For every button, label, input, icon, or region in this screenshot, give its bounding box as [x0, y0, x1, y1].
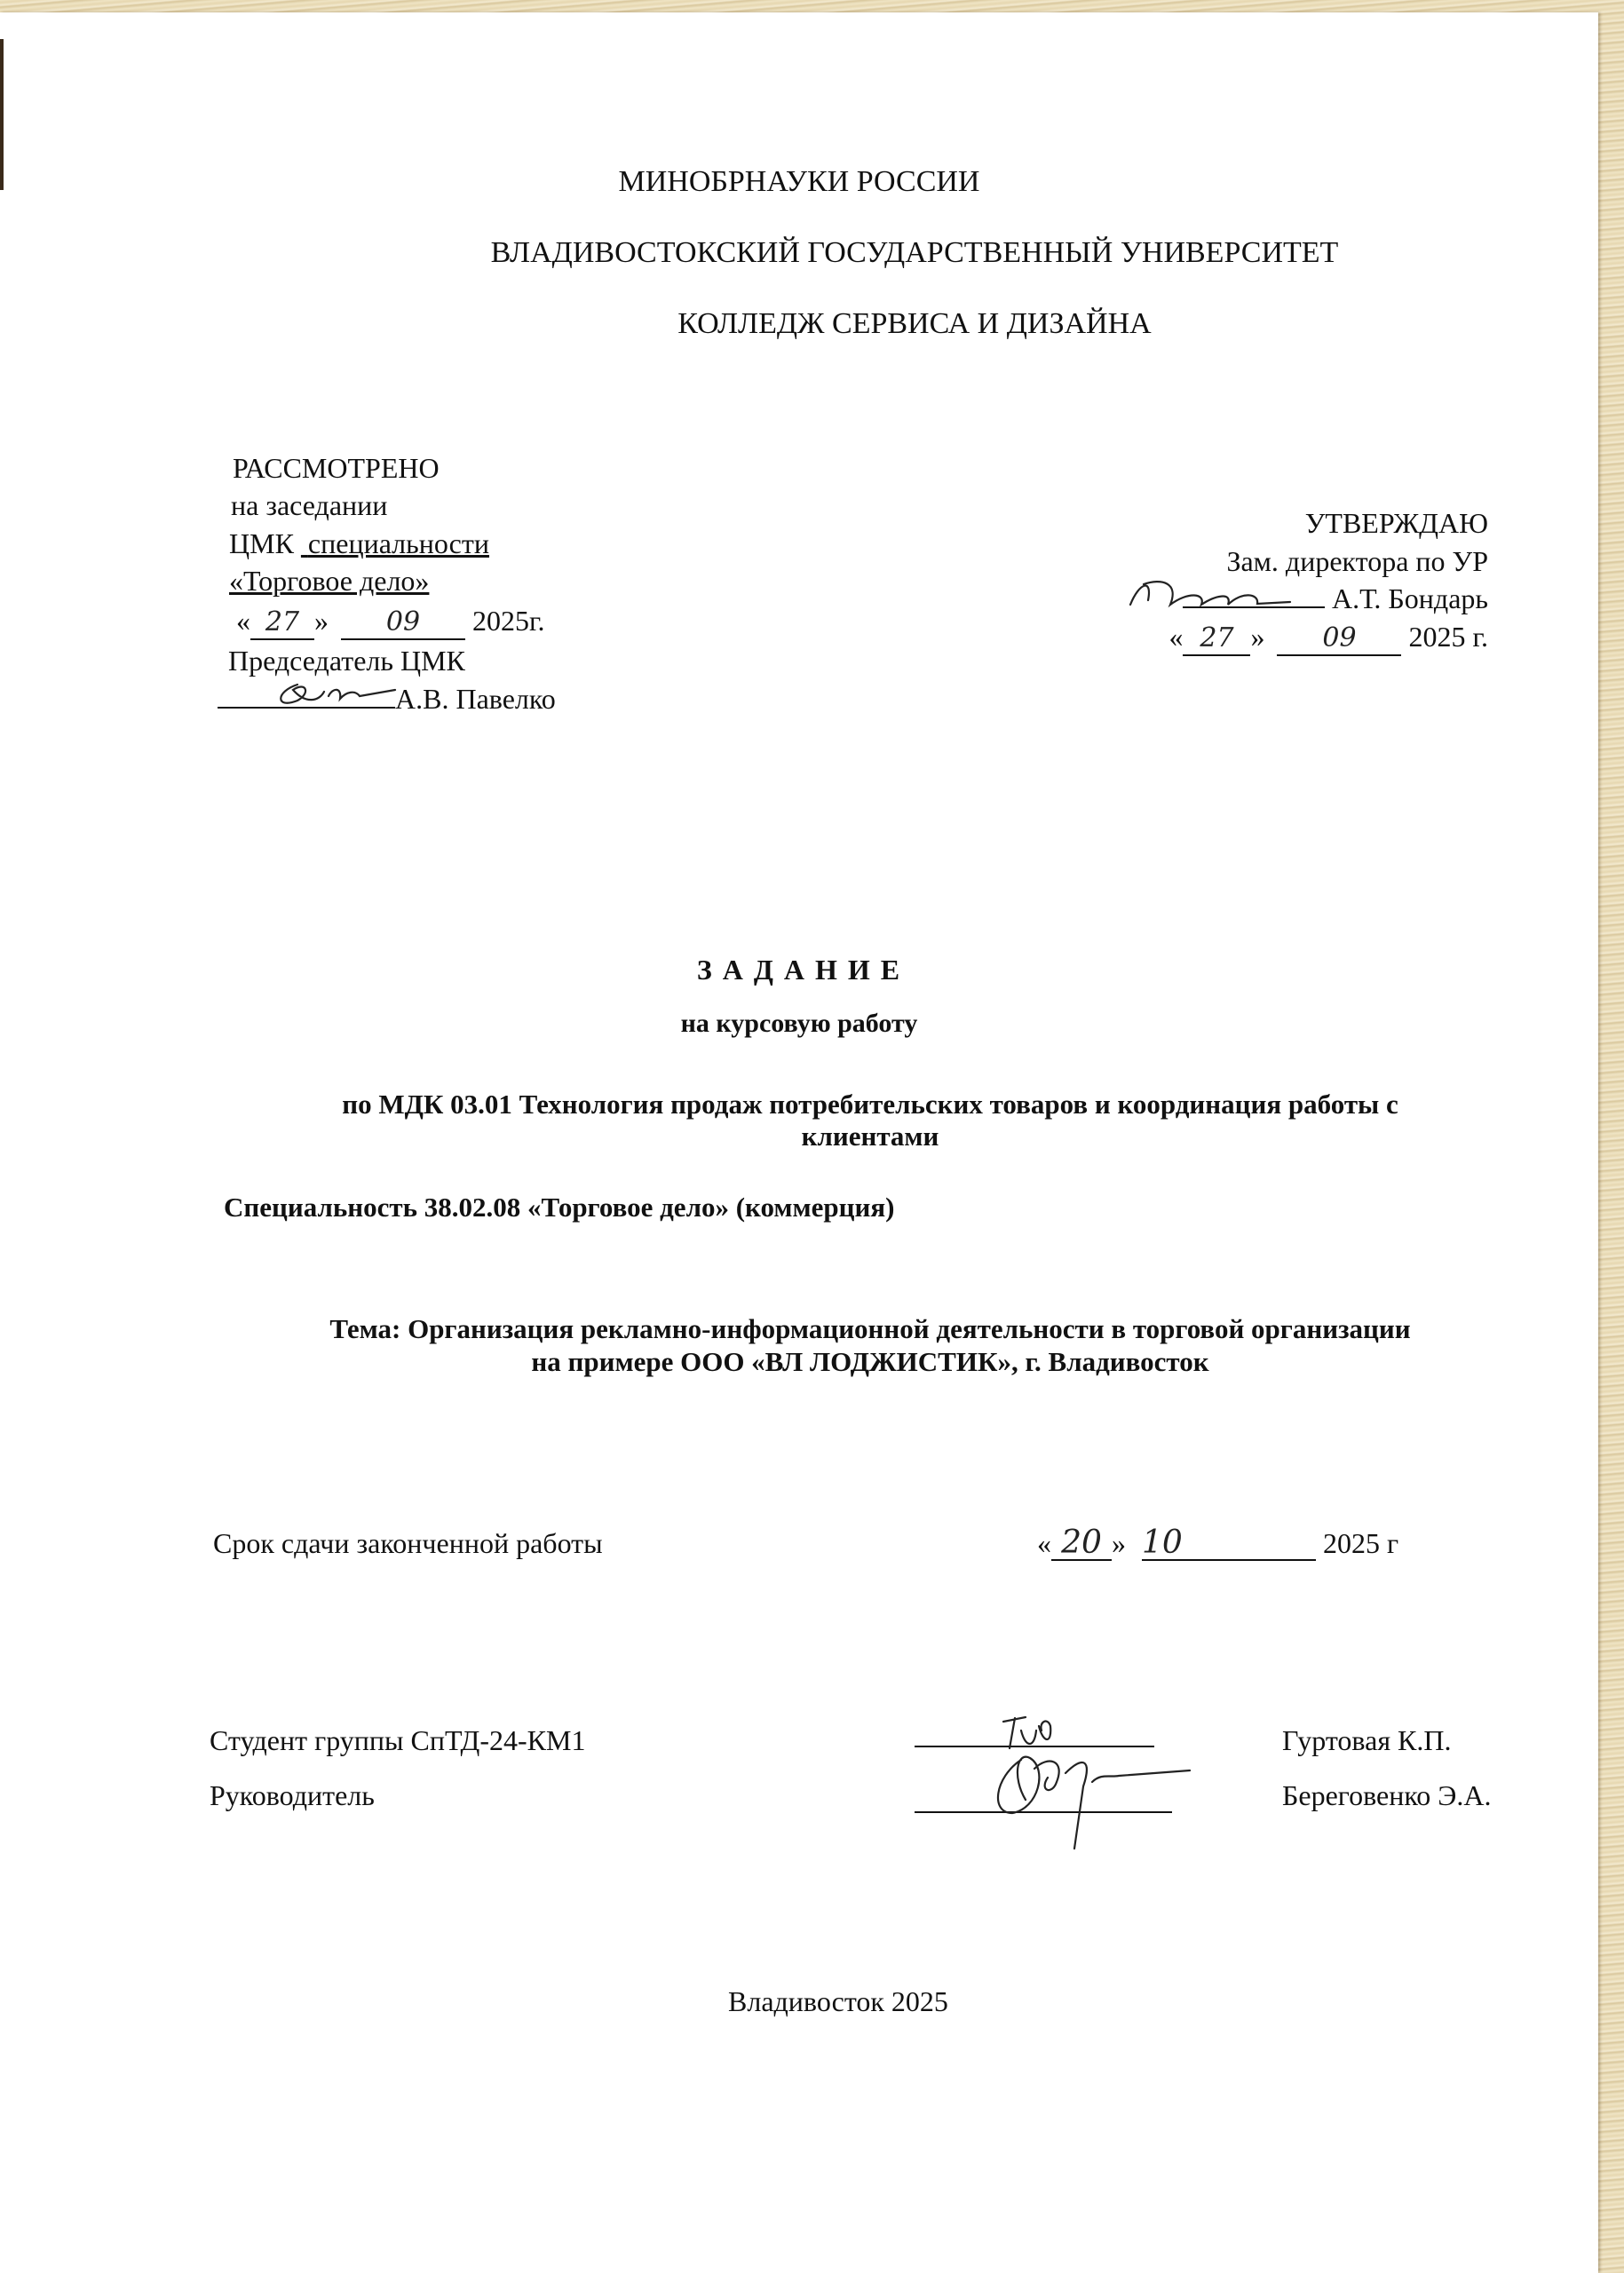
- approved-date: «27» 09 2025 г.: [1168, 621, 1488, 656]
- footer-city-year: Владивосток 2025: [728, 1985, 948, 2017]
- supervisor-label: Руководитель: [210, 1779, 375, 1811]
- assignment-course-line1: по МДК 03.01 Технология продаж потребите…: [222, 1089, 1518, 1121]
- college-heading: КОЛЛЕДЖ СЕРВИСА И ДИЗАЙНА: [115, 307, 1624, 341]
- student-name: Гуртовая К.П.: [1282, 1724, 1451, 1756]
- reviewed-date-day: 27: [250, 606, 314, 640]
- assignment-title: З А Д А Н И Е: [0, 954, 1598, 986]
- reviewed-date-month: 09: [341, 606, 465, 640]
- approved-date-day: 27: [1183, 622, 1250, 656]
- deadline-label: Срок сдачи законченной работы: [213, 1527, 603, 1559]
- assignment-topic-line2: на примере ООО «ВЛ ЛОДЖИСТИК», г. Владив…: [222, 1346, 1518, 1378]
- assignment-subtitle: на курсовую работу: [0, 1009, 1598, 1039]
- approved-signature-icon: [1126, 574, 1303, 614]
- approved-date-month: 09: [1277, 622, 1401, 656]
- deadline-year: 2025 г: [1323, 1527, 1398, 1559]
- approved-title: УТВЕРЖДАЮ: [1305, 507, 1488, 539]
- university-heading: ВЛАДИВОСТОКСКИЙ ГОСУДАРСТВЕННЫЙ УНИВЕРСИ…: [115, 236, 1624, 270]
- approved-name: А.Т. Бондарь: [1332, 582, 1488, 614]
- reviewed-date-year: 2025г.: [472, 605, 545, 637]
- supervisor-signature-icon: [986, 1751, 1199, 1857]
- committee-value: специальности: [301, 527, 489, 559]
- reviewed-date: «27» 09 2025г.: [236, 605, 545, 640]
- chair-label: Председатель ЦМК: [228, 645, 465, 677]
- reviewed-committee: ЦМК специальности: [229, 527, 489, 559]
- reviewed-meeting: на заседании: [231, 489, 387, 521]
- document-page: МИНОБРНАУКИ РОССИИ ВЛАДИВОСТОКСКИЙ ГОСУД…: [0, 12, 1598, 2273]
- reviewed-title: РАССМОТРЕНО: [233, 452, 440, 484]
- deadline-day: 20: [1051, 1527, 1112, 1561]
- committee-prefix: ЦМК: [229, 527, 294, 559]
- approved-position: Зам. директора по УР: [1226, 545, 1488, 577]
- deadline-month: 10: [1142, 1527, 1316, 1561]
- supervisor-name: Береговенко Э.А.: [1282, 1779, 1492, 1811]
- ministry-heading: МИНОБРНАУКИ РОССИИ: [0, 165, 1598, 199]
- reviewed-specialty: «Торговое дело»: [229, 565, 429, 597]
- assignment-course-line2: клиентами: [222, 1121, 1518, 1152]
- chair-signature-icon: [271, 674, 395, 714]
- student-label: Студент группы СпТД-24-КМ1: [210, 1724, 585, 1756]
- chair-name: А.В. Павелко: [395, 683, 556, 715]
- assignment-specialty: Специальность 38.02.08 «Торговое дело» (…: [224, 1192, 894, 1224]
- deadline-date: «20» 10 2025 г: [1037, 1527, 1398, 1561]
- assignment-topic-line1: Тема: Организация рекламно-информационно…: [222, 1313, 1518, 1345]
- approved-date-year: 2025 г.: [1408, 621, 1488, 653]
